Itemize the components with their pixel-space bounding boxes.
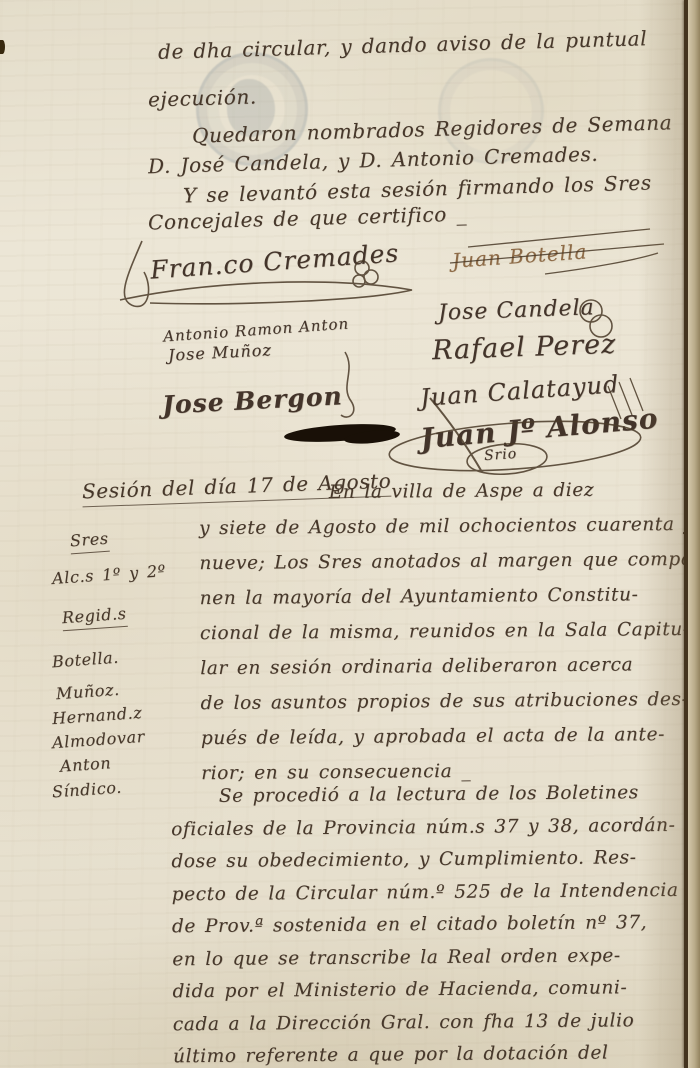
signature-perez: Rafael Perez (432, 329, 617, 366)
handwritten-line: último referente a que por la dotación d… (173, 1037, 698, 1068)
handwritten-line: de dha circular, y dando aviso de la pun… (158, 26, 648, 64)
handwritten-line: de Prov.ª sostenida en el citado boletín… (172, 907, 697, 944)
page-gutter-shadow (638, 0, 684, 1068)
margin-attendee-name: Alc.s 1º y 2º (51, 559, 166, 591)
margin-attendee-name: Regid.s (61, 602, 127, 631)
cremades-initial-flourish (124, 241, 148, 306)
handwritten-line: y siete de Agosto de mil ochocientos cua… (199, 507, 696, 546)
signature-cremades: Fran.co Cremades (149, 238, 400, 284)
handwritten-line: oficiales de la Provincia núm.s 37 y 38,… (171, 809, 696, 846)
signature-botella: Juan Botella (451, 239, 588, 272)
handwritten-line: nen la mayoría del Ayuntamiento Constitu… (200, 577, 697, 616)
session-paragraph-1: En la villa de Aspe a diezy siete de Ago… (199, 472, 699, 791)
margin-attendee-name: Botella. (51, 646, 119, 675)
signature-calatayud: Juan Calatayud (419, 370, 620, 412)
margin-attendee-name: Síndico. (51, 776, 122, 805)
handwritten-line: de los asuntos propios de sus atribucion… (200, 682, 697, 721)
session-paragraph-2: Se procedió a la lectura de los Boletine… (171, 777, 699, 1068)
signature-munoz: Jose Muñoz (168, 340, 273, 364)
ink-speck (0, 40, 5, 54)
handwritten-line: cada a la Dirección Gral. con fha 13 de … (173, 1004, 698, 1041)
handwritten-line: en lo que se transcribe la Real orden ex… (172, 939, 697, 976)
ink-blot (344, 428, 401, 446)
handwritten-line: En la villa de Aspe a diez (199, 472, 696, 511)
cremades-rubric-knot (364, 270, 378, 284)
handwritten-line: nueve; Los Sres anotados al margen que c… (199, 542, 696, 581)
cremades-rubric-knot (353, 275, 365, 287)
handwritten-line: lar en sesión ordinaria deliberaron acer… (200, 647, 697, 686)
handwritten-line: pués de leída, y aprobada el acta de la … (201, 717, 698, 756)
handwritten-line: dida por el Ministerio de Hacienda, comu… (172, 972, 697, 1009)
handwritten-line: cional de la misma, reunidos en la Sala … (200, 612, 697, 651)
handwritten-line: ejecución. (148, 84, 257, 111)
signature-candela: Jose Candela (438, 295, 596, 325)
handwritten-line: Se procedió a la lectura de los Boletine… (171, 777, 696, 814)
margin-attendee-list: SresAlc.s 1º y 2ºRegid.sBotella.Muñoz.He… (52, 528, 172, 802)
signature-bergon: Jose Bergon (161, 381, 343, 419)
handwritten-line: Quedaron nombrados Regidores de Semana (192, 110, 673, 147)
signature-alonso: Juan Jº Alonso (419, 402, 660, 456)
margin-attendee-name: Anton (59, 751, 112, 779)
ink-blot (284, 421, 397, 445)
handwritten-line: dose su obedecimiento, y Cumplimiento. R… (171, 842, 696, 879)
secretary-abbreviation: Srio (483, 446, 517, 464)
handwritten-line: pecto de la Circular núm.º 525 de la Int… (172, 874, 697, 911)
cremades-underline-flourish (120, 282, 412, 304)
margin-attendee-name: Sres (69, 527, 109, 555)
margin-attendee-name: Almodovar (51, 725, 145, 755)
manuscript-page: de dha circular, y dando aviso de la pun… (0, 0, 700, 1068)
adjacent-page-edge (688, 0, 700, 1068)
margin-attendee-name: Muñoz. (55, 678, 120, 706)
